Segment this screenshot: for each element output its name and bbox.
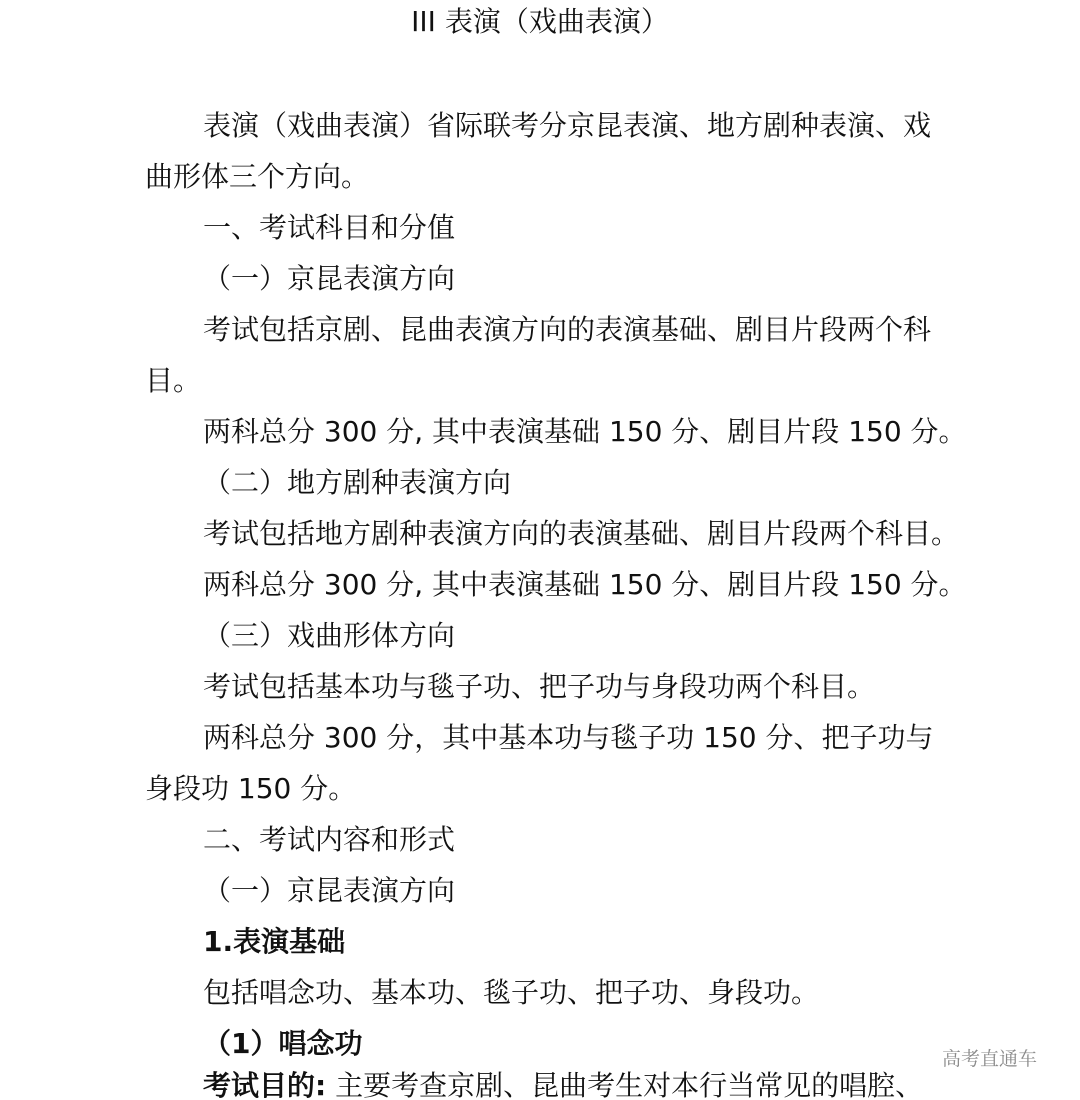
paragraph-jingkun-score: 两科总分 300 分, 其中表演基础 150 分、剧目片段 150 分。 — [145, 406, 955, 457]
document-title: III 表演（戏曲表演） — [0, 4, 1080, 40]
item-heading-singing: （1）唱念功 — [145, 1018, 955, 1069]
paragraph-performance-basics: 包括唱念功、基本功、毯子功、把子功、身段功。 — [145, 967, 955, 1018]
subsection-heading-opera-movement: （三）戏曲形体方向 — [145, 610, 955, 661]
section-heading-2: 二、考试内容和形式 — [145, 814, 955, 865]
paragraph-opera-movement-score-line1: 两科总分 300 分，其中基本功与毯子功 150 分、把子功与 — [145, 712, 955, 763]
exam-purpose-label: 考试目的: — [203, 1069, 326, 1100]
paragraph-opera-movement-score-line2: 身段功 150 分。 — [145, 763, 955, 814]
intro-paragraph-line1: 表演（戏曲表演）省际联考分京昆表演、地方剧种表演、戏 — [145, 100, 955, 151]
paragraph-opera-movement-subjects: 考试包括基本功与毯子功、把子功与身段功两个科目。 — [145, 661, 955, 712]
subsection-heading-local-opera: （二）地方剧种表演方向 — [145, 457, 955, 508]
paragraph-exam-purpose: 考试目的: 主要考查京剧、昆曲考生对本行当常见的唱腔、 — [203, 1066, 923, 1100]
intro-paragraph-line2: 曲形体三个方向。 — [145, 151, 955, 202]
watermark: 高考直通车 — [942, 1044, 1037, 1071]
exam-purpose-text: 主要考查京剧、昆曲考生对本行当常见的唱腔、 — [326, 1069, 923, 1100]
item-heading-performance-basics: 1.表演基础 — [145, 916, 955, 967]
section-heading-1: 一、考试科目和分值 — [145, 202, 955, 253]
paragraph-local-opera-score: 两科总分 300 分, 其中表演基础 150 分、剧目片段 150 分。 — [145, 559, 955, 610]
subsection-heading-jingkun-content: （一）京昆表演方向 — [145, 865, 955, 916]
paragraph-jingkun-subjects-line2: 目。 — [145, 355, 955, 406]
paragraph-local-opera-subjects: 考试包括地方剧种表演方向的表演基础、剧目片段两个科目。 — [145, 508, 955, 559]
paragraph-jingkun-subjects-line1: 考试包括京剧、昆曲表演方向的表演基础、剧目片段两个科 — [145, 304, 955, 355]
subsection-heading-jingkun: （一）京昆表演方向 — [145, 253, 955, 304]
document-body: 表演（戏曲表演）省际联考分京昆表演、地方剧种表演、戏 曲形体三个方向。 一、考试… — [145, 100, 955, 1069]
